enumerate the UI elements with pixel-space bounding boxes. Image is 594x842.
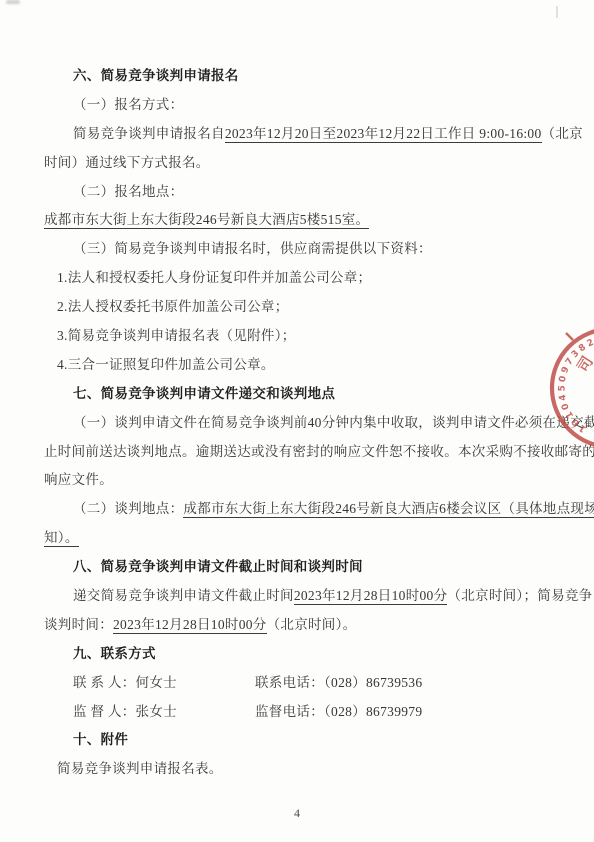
registration-address: 成都市东大街上东大街段246号新良大酒店5楼515室。 <box>44 212 369 229</box>
submission-instructions-line3: 响应文件。 <box>44 468 550 497</box>
contact-row: 联 系 人：何女士联系电话：（028）86739536 <box>44 671 550 700</box>
scan-smudge <box>6 0 20 4</box>
submission-instructions-line2: 止时间前送达谈判地点。逾期送达或没有密封的响应文件恕不接收。本次采购不接收邮寄的 <box>44 440 550 469</box>
section-8-heading: 八、简易竞争谈判申请文件截止时间和谈判时间 <box>44 555 550 584</box>
page-number: 4 <box>0 806 594 821</box>
registration-period-dates: 2023年12月20日至2023年12月22日工作日 9:00-16:00 <box>225 126 542 143</box>
registration-period-post: （北京 <box>542 126 583 141</box>
deadline-pre: 递交简易竞争谈判申请文件截止时间 <box>73 588 294 603</box>
material-item-4: 4.三合一证照复印件加盖公司公章。 <box>44 353 550 382</box>
required-materials-label: （三）简易竞争谈判申请报名时，供应商需提供以下资料： <box>44 237 550 266</box>
document-body: 六、简易竞争谈判申请报名 （一）报名方式： 简易竞争谈判申请报名自2023年12… <box>44 64 550 786</box>
seal-stroke-fragment <box>566 333 573 340</box>
negotiation-address-cont: 知）。 <box>44 530 79 547</box>
material-item-3: 3.简易竞争谈判申请报名表（见附件）； <box>44 324 550 353</box>
deadline-line2: 谈判时间：2023年12月28日10时00分（北京时间）。 <box>44 613 550 642</box>
supervisor-phone: 监督电话：（028）86739979 <box>255 700 422 720</box>
registration-method-label: （一）报名方式： <box>44 93 550 122</box>
negotiation-address-line1: （二）谈判地点：成都市东大街上东大街段246号新良大酒店6楼会议区（具体地点现场… <box>44 497 550 526</box>
deadline-datetime: 2023年12月28日10时00分 <box>294 588 448 605</box>
scan-mark <box>556 6 558 18</box>
negotiation-time-post: （北京时间）。 <box>267 617 357 632</box>
supervisor-row: 监 督 人：张女士监督电话：（028）86739979 <box>44 700 550 729</box>
contact-phone: 联系电话：（028）86739536 <box>255 671 422 691</box>
registration-period-pre: 简易竞争谈判申请报名自 <box>73 126 225 141</box>
section-6-heading: 六、简易竞争谈判申请报名 <box>44 64 550 93</box>
registration-period-cont: 时间）通过线下方式报名。 <box>44 151 550 180</box>
supervisor-name: 监 督 人：张女士 <box>73 704 177 719</box>
registration-address-label: （二）报名地点： <box>44 180 550 209</box>
contact-name: 联 系 人：何女士 <box>73 675 177 690</box>
section-7-heading: 七、简易竞争谈判申请文件递交和谈判地点 <box>44 382 550 411</box>
negotiation-address: 成都市东大街上东大街段246号新良大酒店6楼会议区（具体地点现场通 <box>183 501 594 518</box>
negotiation-time-label: 谈判时间： <box>44 617 113 632</box>
seal-character: 司 <box>574 353 594 375</box>
negotiation-time: 2023年12月28日10时00分 <box>113 617 267 634</box>
registration-address-line: 成都市东大街上东大街段246号新良大酒店5楼515室。 <box>44 208 550 237</box>
negotiation-address-label: （二）谈判地点： <box>73 501 183 516</box>
submission-instructions-line1: （一）谈判申请文件在简易竞争谈判前40分钟内集中收取，谈判申请文件必须在递交截 <box>44 411 550 440</box>
deadline-line1: 递交简易竞争谈判申请文件截止时间2023年12月28日10时00分（北京时间）；… <box>44 584 550 613</box>
material-item-1: 1.法人和授权委托人身份证复印件并加盖公司公章； <box>44 266 550 295</box>
registration-period-line: 简易竞争谈判申请报名自2023年12月20日至2023年12月22日工作日 9:… <box>44 122 550 151</box>
section-9-heading: 九、联系方式 <box>44 642 550 671</box>
attachment-note: 简易竞争谈判申请报名表。 <box>44 757 550 786</box>
section-10-heading: 十、附件 <box>44 728 550 757</box>
material-item-2: 2.法人授权委托书原件加盖公司公章； <box>44 295 550 324</box>
negotiation-address-line2: 知）。 <box>44 526 550 555</box>
document-page: 六、简易竞争谈判申请报名 （一）报名方式： 简易竞争谈判申请报名自2023年12… <box>0 0 594 842</box>
deadline-post: （北京时间）；简易竞争 <box>447 588 592 603</box>
